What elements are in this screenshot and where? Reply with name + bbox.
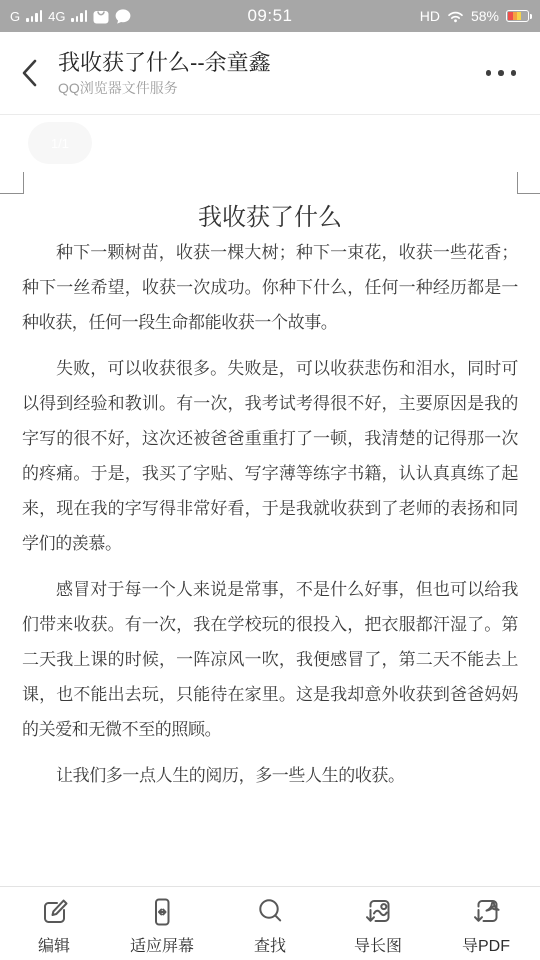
fit-screen-button[interactable]: 适应屏幕 — [108, 887, 216, 960]
battery-icon — [506, 10, 532, 22]
edit-button[interactable]: 编辑 — [0, 887, 108, 960]
essay-paragraph: 失败，可以收获很多。失败是，可以收获悲伤和泪水，同时可以得到经验和教训。有一次，… — [22, 351, 518, 561]
more-dots-icon — [511, 70, 517, 76]
back-chevron-icon — [20, 57, 40, 89]
toolbar-label: 查找 — [254, 933, 286, 956]
more-dots-icon — [498, 70, 504, 76]
page-corner-mark-right — [517, 172, 540, 194]
fit-screen-icon — [143, 893, 181, 931]
toolbar-label: 导长图 — [354, 933, 402, 956]
back-button[interactable] — [0, 47, 46, 99]
status-right-cluster: HD 58% — [420, 8, 540, 24]
search-button[interactable]: 查找 — [216, 887, 324, 960]
document-viewport[interactable]: 1/1 我收获了什么 种下一颗树苗，收获一棵大树；种下一束花，收获一些花香；种下… — [0, 116, 540, 886]
toolbar-label: 编辑 — [38, 933, 70, 956]
wifi-icon — [447, 10, 464, 23]
document-source-label: QQ浏览器文件服务 — [58, 79, 271, 97]
hd-indicator: HD — [420, 8, 440, 24]
toolbar-label: 适应屏幕 — [130, 933, 194, 956]
page-indicator-toast: 1/1 — [28, 122, 92, 164]
export-long-image-button[interactable]: 导长图 — [324, 887, 432, 960]
export-pdf-button[interactable]: 导PDF — [432, 887, 540, 960]
export-pdf-icon — [467, 893, 505, 931]
search-icon — [251, 893, 289, 931]
page-corner-mark-left — [0, 172, 24, 194]
document-header: 我收获了什么--余童鑫 QQ浏览器文件服务 — [0, 32, 540, 115]
status-bar: G 4G 09:51 HD 58% — [0, 0, 540, 32]
more-menu-button[interactable] — [484, 60, 519, 86]
app-window: G 4G 09:51 HD 58% — [0, 0, 540, 960]
essay-title: 我收获了什么 — [22, 201, 518, 235]
document-title: 我收获了什么--余童鑫 — [58, 49, 271, 76]
document-page: 我收获了什么 种下一颗树苗，收获一棵大树；种下一束花，收获一些花香；种下一丝希望… — [0, 201, 540, 793]
more-dots-icon — [486, 70, 492, 76]
edit-icon — [35, 893, 73, 931]
essay-paragraph: 感冒对于每一个人来说是常事，不是什么好事，但也可以给我们带来收获。有一次，我在学… — [22, 572, 518, 747]
bottom-toolbar: 编辑 适应屏幕 查找 导长图 — [0, 886, 540, 960]
header-text-block: 我收获了什么--余童鑫 QQ浏览器文件服务 — [58, 49, 271, 97]
export-long-image-icon — [359, 893, 397, 931]
essay-paragraph: 种下一颗树苗，收获一棵大树；种下一束花，收获一些花香；种下一丝希望，收获一次成功… — [22, 235, 518, 340]
essay-paragraph: 让我们多一点人生的阅历，多一些人生的收获。 — [22, 758, 518, 793]
battery-percent-label: 58% — [471, 8, 499, 24]
toolbar-label: 导PDF — [462, 933, 510, 956]
